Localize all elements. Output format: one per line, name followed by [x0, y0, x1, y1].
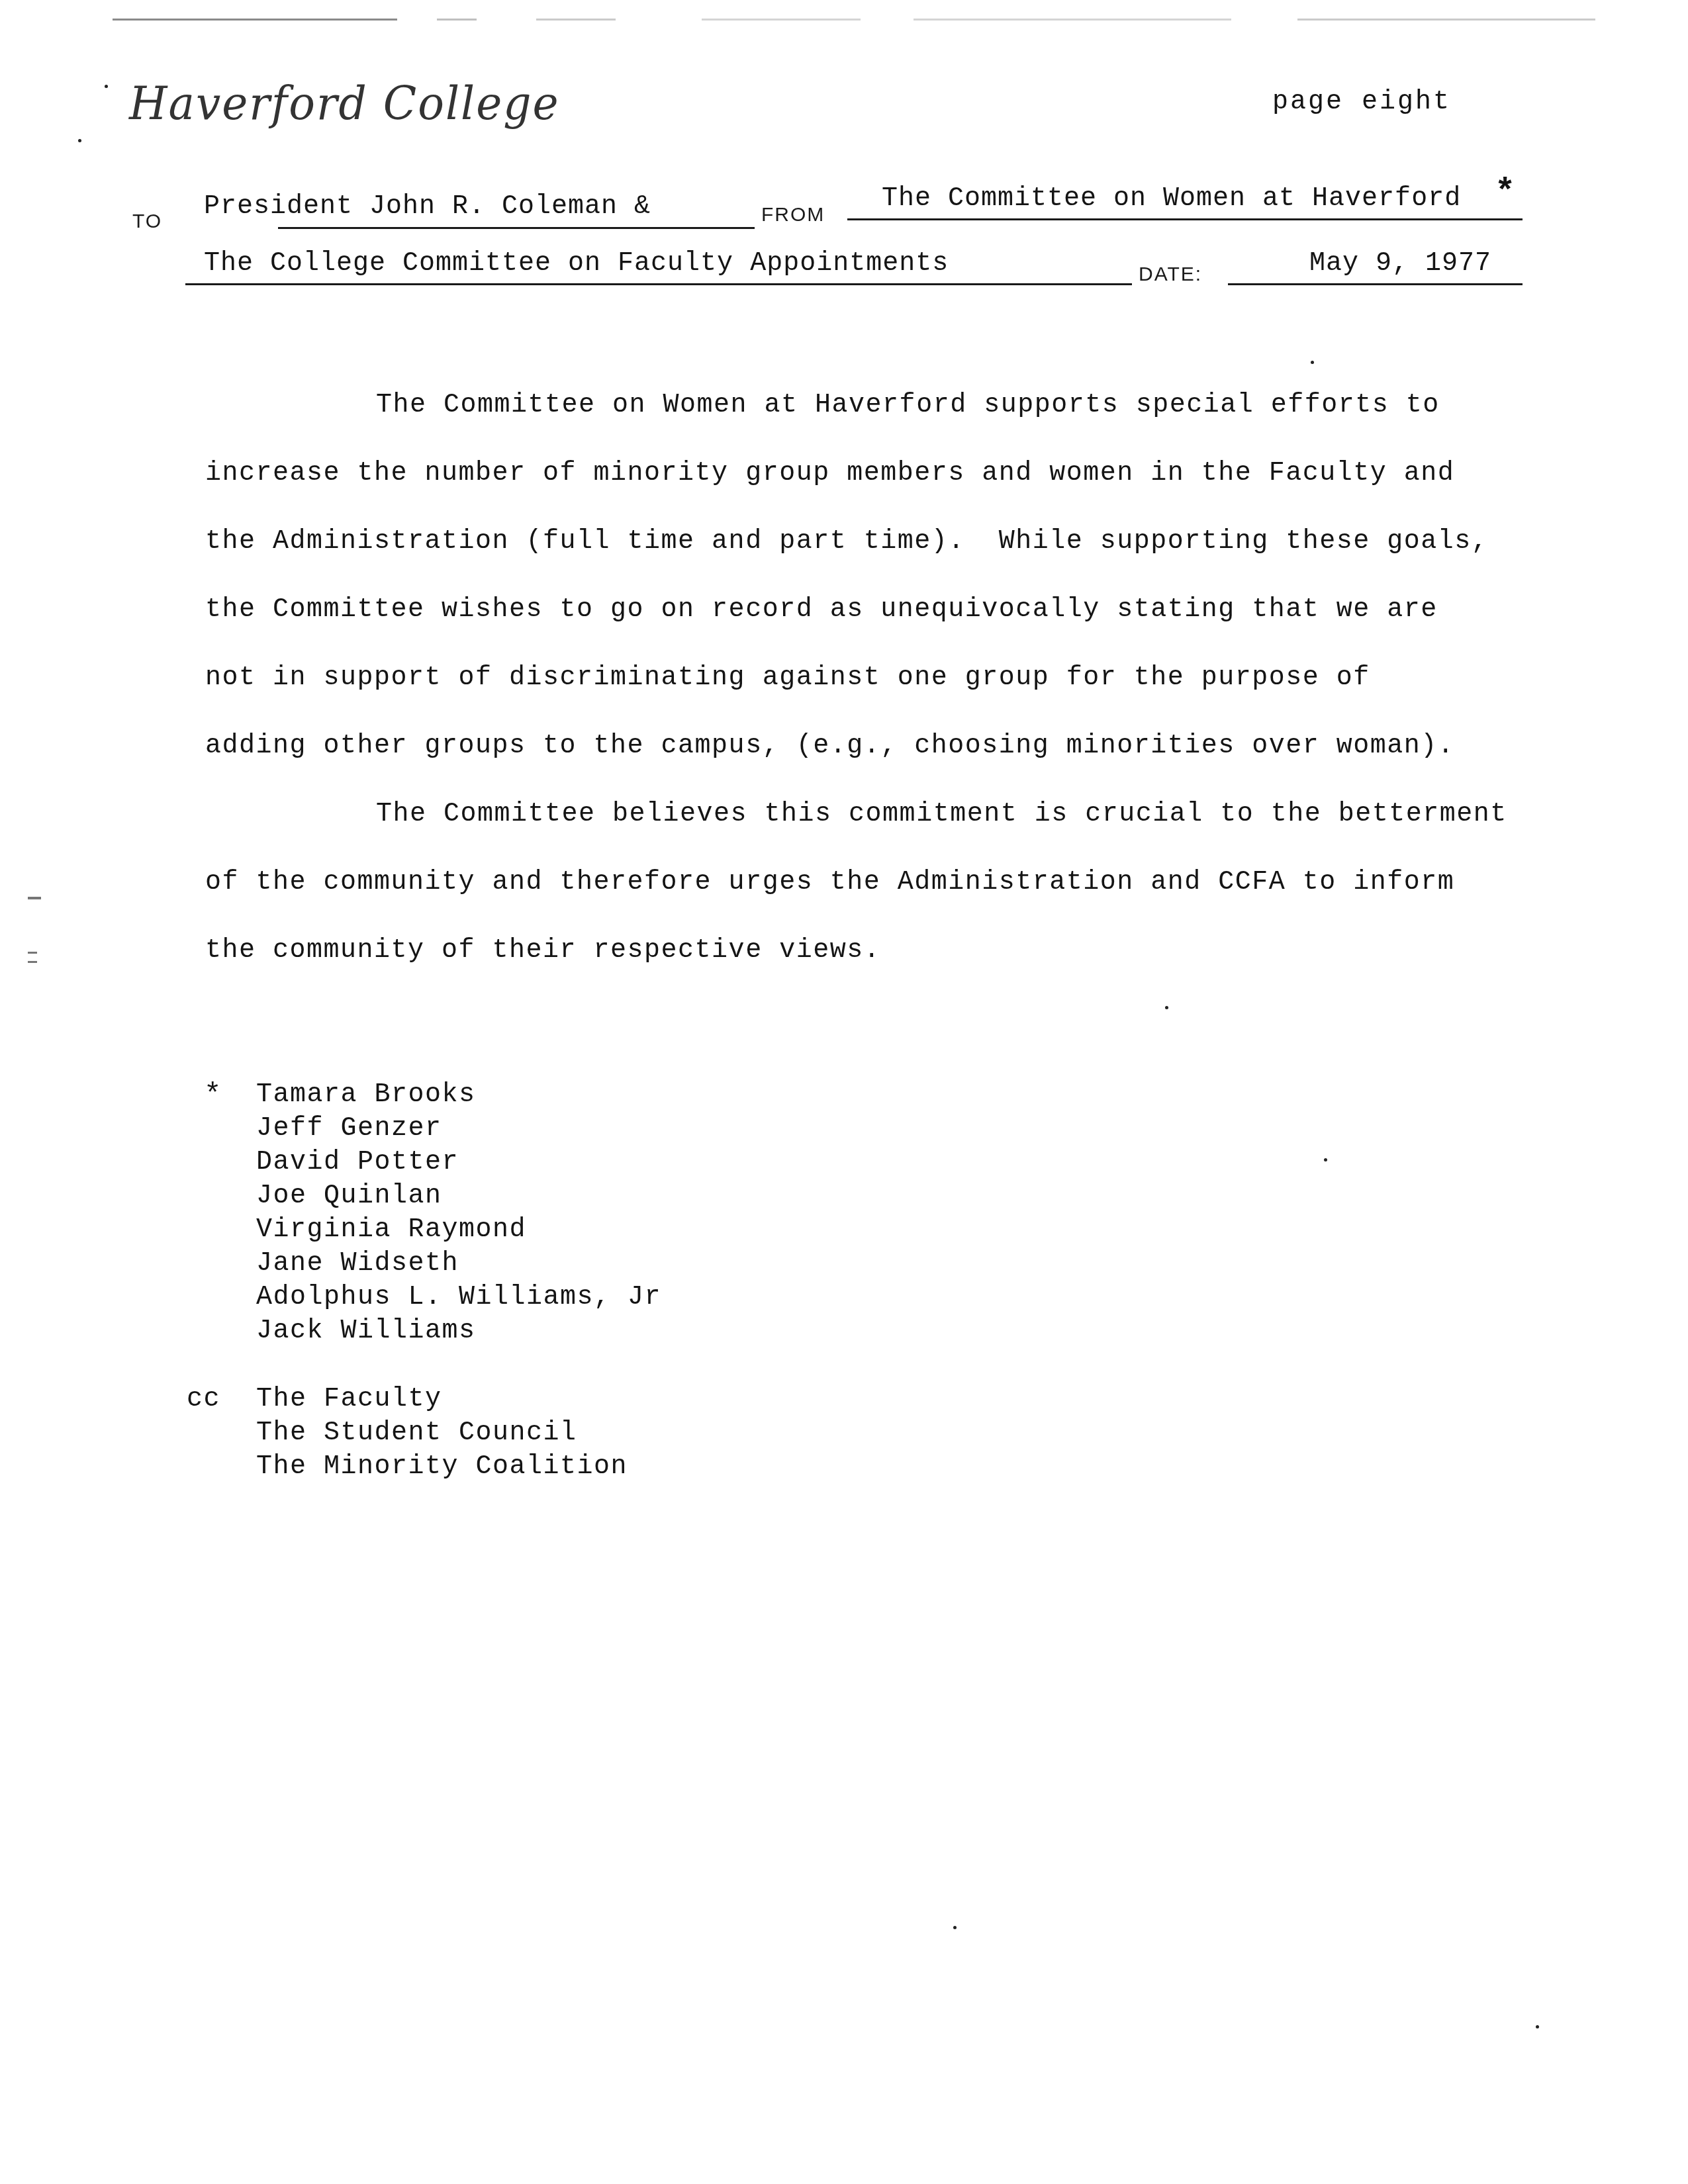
date-value: May 9, 1977: [1309, 249, 1491, 279]
margin-mark: [28, 952, 37, 954]
member-name: David Potter: [256, 1148, 459, 1177]
cc-recipient: The Faculty: [256, 1385, 442, 1414]
paragraph-line: the community of their respective views.: [205, 936, 880, 966]
member-name: Joe Quinlan: [256, 1181, 442, 1211]
scan-speck: [1165, 1006, 1168, 1009]
member-name: Adolphus L. Williams, Jr: [256, 1283, 661, 1312]
cc-recipient: The Minority Coalition: [256, 1452, 628, 1482]
date-underline: [1228, 283, 1523, 285]
member-name: Jane Widseth: [256, 1249, 459, 1279]
cc-label: cc: [187, 1385, 220, 1414]
scan-speck: [1324, 1158, 1327, 1161]
margin-mark: [28, 897, 41, 899]
to-underline-2: [185, 283, 1132, 285]
date-label: DATE:: [1139, 263, 1202, 286]
to-recipient-line1: President John R. Coleman &: [204, 192, 651, 222]
paragraph-line: not in support of discriminating against…: [205, 663, 1370, 693]
scan-speck: [953, 1926, 957, 1929]
paragraph-line: adding other groups to the campus, (e.g.…: [205, 731, 1454, 761]
college-letterhead: Haverford College: [129, 77, 560, 130]
scan-speck: [105, 85, 108, 88]
cc-recipient: The Student Council: [256, 1418, 577, 1448]
paragraph-line: The Committee believes this commitment i…: [376, 799, 1507, 829]
paragraph-line: of the community and therefore urges the…: [205, 868, 1454, 897]
scan-artifact: [702, 19, 861, 21]
margin-mark: [28, 961, 37, 963]
from-value: The Committee on Women at Haverford: [882, 184, 1461, 214]
scan-artifact: [914, 19, 1231, 21]
scan-speck: [1536, 2025, 1539, 2028]
paragraph-line: the Administration (full time and part t…: [205, 527, 1488, 557]
scan-artifact: [113, 19, 397, 21]
to-underline-1: [278, 227, 755, 229]
paragraph-line: The Committee on Women at Haverford supp…: [376, 390, 1440, 420]
paragraph-line: increase the number of minority group me…: [205, 459, 1454, 488]
to-label: TO: [132, 210, 162, 233]
member-name: Jeff Genzer: [256, 1114, 442, 1144]
from-underline: [847, 218, 1523, 220]
to-recipient-line2: The College Committee on Faculty Appoint…: [204, 249, 949, 279]
memo-page: Haverford College page eight TO Presiden…: [0, 0, 1688, 2184]
scan-speck: [78, 139, 81, 142]
paragraph-line: the Committee wishes to go on record as …: [205, 595, 1438, 625]
member-name: Tamara Brooks: [256, 1080, 476, 1110]
scan-artifact: [536, 19, 616, 21]
asterisk-footnote-icon: *: [1495, 173, 1515, 212]
asterisk-icon: *: [204, 1079, 221, 1112]
member-name: Virginia Raymond: [256, 1215, 526, 1245]
scan-artifact: [1297, 19, 1595, 21]
from-label: FROM: [761, 204, 825, 226]
scan-speck: [1311, 361, 1314, 364]
member-name: Jack Williams: [256, 1316, 476, 1346]
page-number-label: page eight: [1272, 87, 1451, 117]
scan-artifact: [437, 19, 477, 21]
